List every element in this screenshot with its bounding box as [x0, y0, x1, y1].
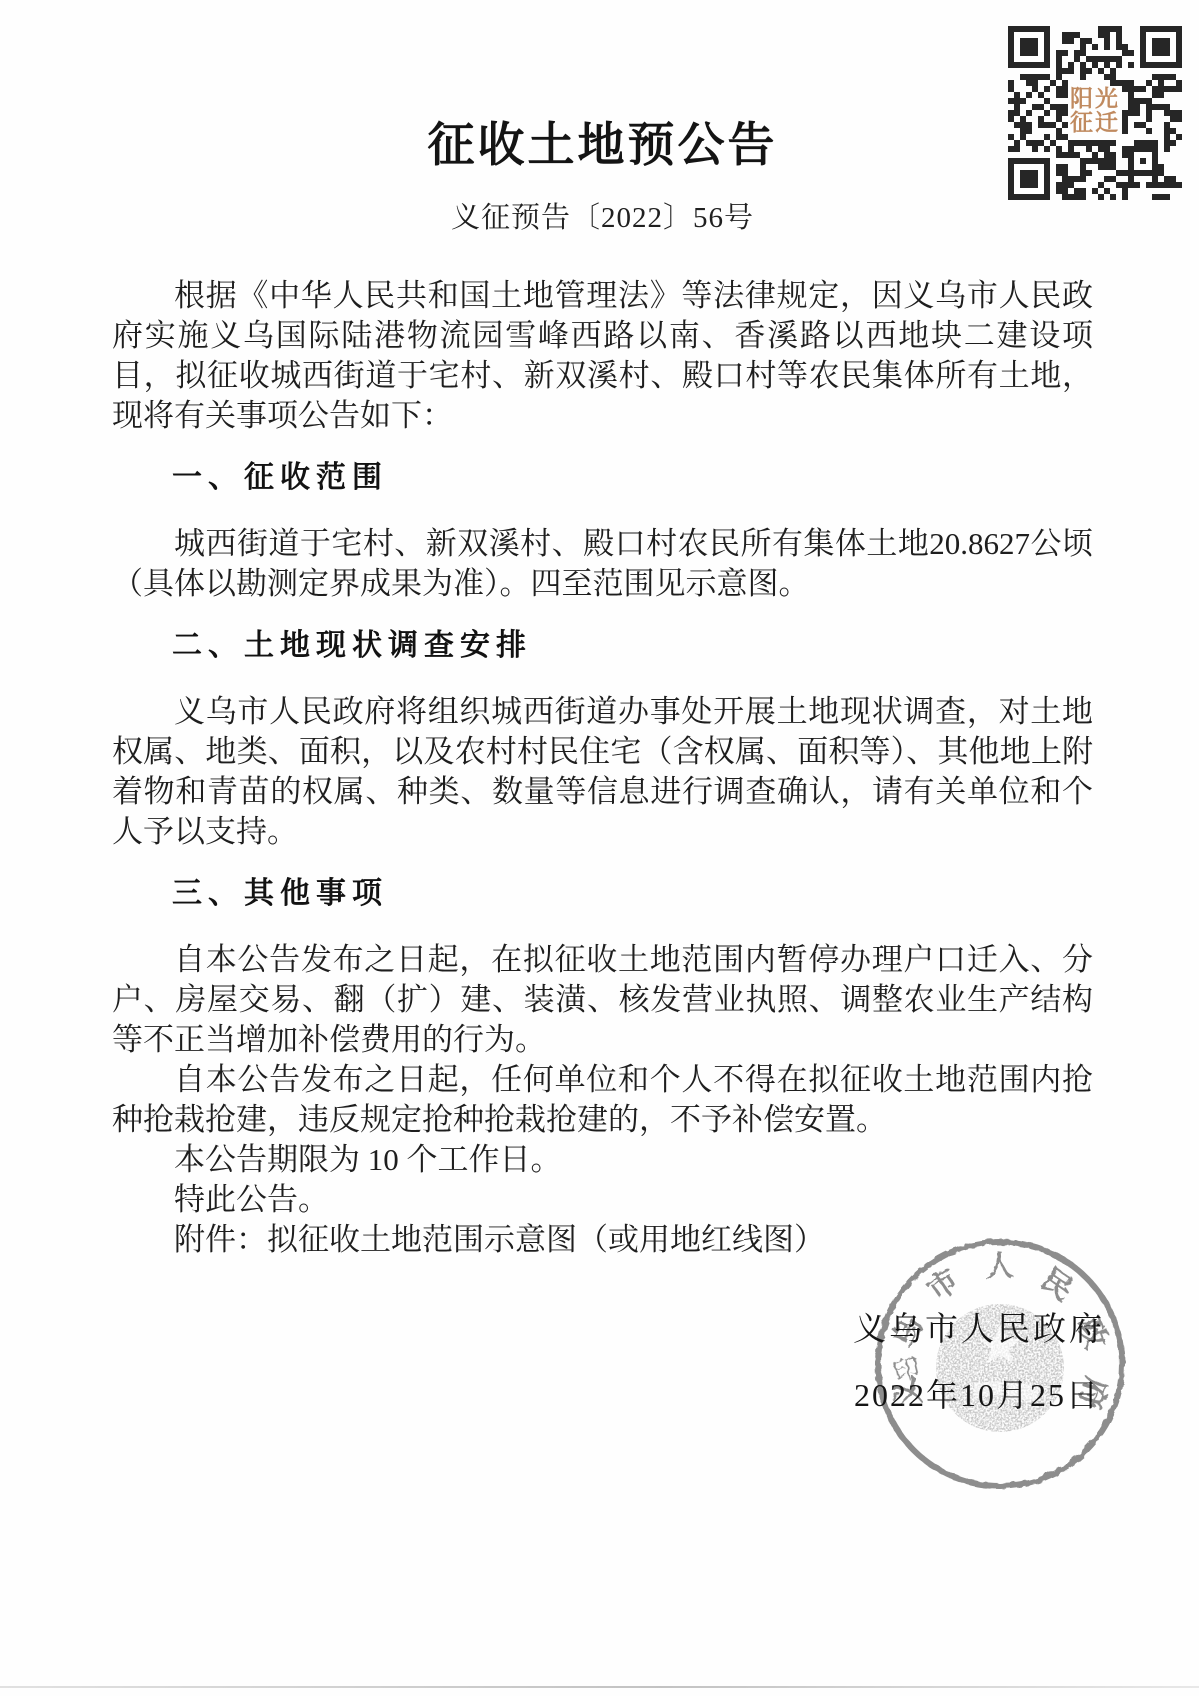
section-paragraph: 城西街道于宅村、新双溪村、殿口村农民所有集体土地20.8627公顷（具体以勘测定…: [112, 524, 1093, 604]
sections-container: 一、征收范围城西街道于宅村、新双溪村、殿口村农民所有集体土地20.8627公顷（…: [112, 458, 1093, 1260]
qr-code: 阳光征迁: [1008, 26, 1182, 200]
svg-text:市: 市: [922, 1263, 966, 1307]
section-paragraph: 义乌市人民政府将组织城西街道办事处开展土地现状调查，对土地权属、地类、面积，以及…: [112, 692, 1093, 852]
qr-center-label: 征迁: [1070, 109, 1120, 135]
signature-date: 2022年10月25日: [854, 1370, 1100, 1416]
section-heading: 三、其他事项: [112, 874, 1093, 914]
page-title: 征收土地预公告: [112, 118, 1093, 174]
section-paragraph: 特此公告。: [112, 1180, 1093, 1220]
svg-text:人: 人: [985, 1251, 1015, 1284]
official-seal: 义乌市人民政府 印: [868, 1232, 1132, 1496]
section-paragraph: 自本公告发布之日起，在拟征收土地范围内暂停办理户口迁入、分户、房屋交易、翻（扩）…: [112, 940, 1093, 1060]
scan-artifact-line: [0, 1686, 1199, 1688]
intro-paragraph: 根据《中华人民共和国土地管理法》等法律规定，因义乌市人民政府实施义乌国际陆港物流…: [112, 276, 1093, 436]
section-paragraph: 本公告期限为 10 个工作日。: [112, 1140, 1093, 1180]
svg-text:民: 民: [1035, 1263, 1079, 1307]
document-number: 义征预告〔2022〕56号: [112, 198, 1093, 238]
section-heading: 一、征收范围: [112, 458, 1093, 498]
signature-issuer: 义乌市人民政府: [853, 1303, 1105, 1350]
document-page: 阳光征迁 征收土地预公告 义征预告〔2022〕56号 根据《中华人民共和国土地管…: [0, 0, 1199, 1696]
section-paragraph: 自本公告发布之日起，任何单位和个人不得在拟征收土地范围内抢种抢栽抢建，违反规定抢…: [112, 1060, 1093, 1140]
qr-center-label: 阳光: [1070, 85, 1120, 111]
document-content: 征收土地预公告 义征预告〔2022〕56号 根据《中华人民共和国土地管理法》等法…: [0, 118, 1199, 1260]
section-heading: 二、土地现状调查安排: [112, 626, 1093, 666]
